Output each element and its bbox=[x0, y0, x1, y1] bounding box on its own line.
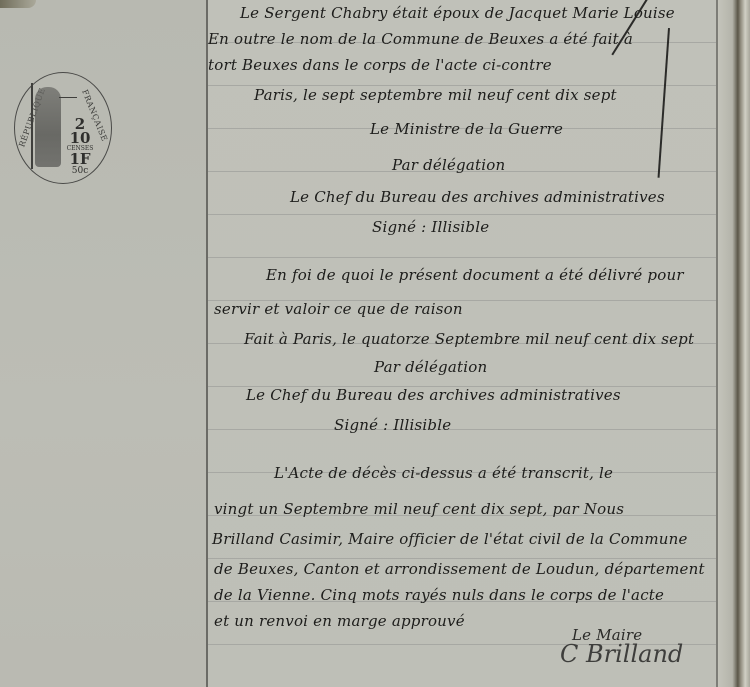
book-binding-edge bbox=[718, 0, 750, 687]
handwritten-line: servir et valoir ce que de raison bbox=[214, 300, 463, 318]
handwritten-line: Le Chef du Bureau des archives administr… bbox=[290, 188, 665, 206]
stamp-value-main: 2 10 bbox=[65, 117, 95, 145]
handwritten-line: de Beuxes, Canton et arrondissement de L… bbox=[214, 560, 705, 578]
handwritten-line: En foi de quoi le présent document a été… bbox=[266, 266, 684, 284]
handwritten-line: Fait à Paris, le quatorze Septembre mil … bbox=[244, 330, 694, 348]
handwritten-line: Brilland Casimir, Maire officier de l'ét… bbox=[212, 530, 688, 548]
handwritten-line: tort Beuxes dans le corps de l'acte ci-c… bbox=[208, 56, 552, 74]
corner-shadow bbox=[0, 0, 36, 8]
handwritten-line: et un renvoi en marge approuvé bbox=[214, 612, 465, 630]
staff-icon bbox=[31, 83, 33, 169]
handwritten-line: En outre le nom de la Commune de Beuxes … bbox=[208, 30, 633, 48]
handwritten-line: Signé : Illisible bbox=[334, 416, 451, 434]
stamp-value-sub: 1F bbox=[65, 152, 95, 166]
fiscal-stamp-seal: RÉPUBLIQUE FRANÇAISE 2 10 CENSES 1F 50c bbox=[14, 72, 112, 184]
handwritten-line: vingt un Septembre mil neuf cent dix sep… bbox=[214, 500, 624, 518]
handwritten-line: L'Acte de décès ci-dessus a été transcri… bbox=[274, 464, 613, 482]
mayor-signature: C Brilland bbox=[560, 640, 683, 668]
handwritten-line: Par délégation bbox=[392, 156, 505, 174]
register-page: RÉPUBLIQUE FRANÇAISE 2 10 CENSES 1F 50c … bbox=[0, 0, 750, 687]
handwritten-line: Le Chef du Bureau des archives administr… bbox=[246, 386, 621, 404]
stamp-value: 2 10 CENSES 1F 50c bbox=[65, 117, 95, 176]
handwritten-line: Le Ministre de la Guerre bbox=[370, 120, 563, 138]
handwritten-line: Signé : Illisible bbox=[372, 218, 489, 236]
handwritten-line: Paris, le sept septembre mil neuf cent d… bbox=[254, 86, 617, 104]
handwritten-line: Par délégation bbox=[374, 358, 487, 376]
handwritten-line: de la Vienne. Cinq mots rayés nuls dans … bbox=[214, 586, 664, 604]
scales-of-justice-icon bbox=[59, 87, 77, 98]
marianne-figure-icon bbox=[35, 87, 61, 167]
handwritten-line: Le Sergent Chabry était époux de Jacquet… bbox=[240, 4, 675, 22]
